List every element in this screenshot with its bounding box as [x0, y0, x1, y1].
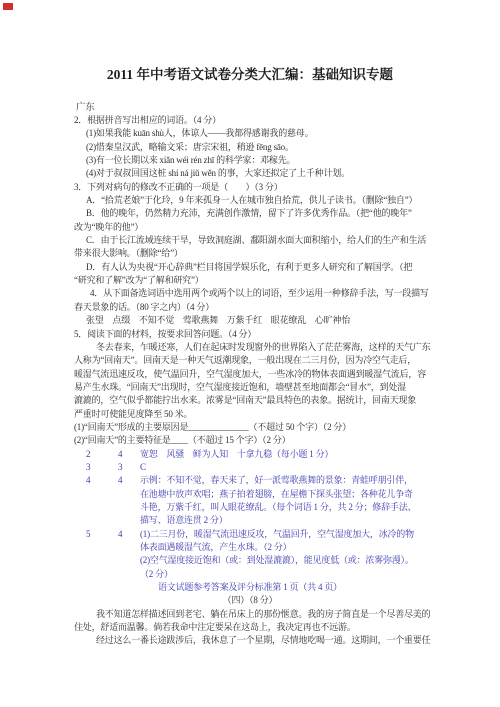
q5-passage-line: 暖湿气流迅速反攻，使气温回升，空气湿度加大，一些冰冷的物体表面遇到暖湿气流后，容: [0, 368, 500, 381]
q3-option-b-line2: 改为“晚年的他”）: [0, 221, 500, 234]
answer-text-continuation: (2)空气湿度接近饱和（或：到处湿漉漉），能见度低（或：浓雾弥漫）。: [0, 554, 500, 567]
page-title: 2011 年中考语文试卷分类大汇编：基础知识专题: [0, 63, 500, 83]
answer-row-q5: 5 4 (1)二三月份，暖湿气流迅速反攻，气温回升，空气湿度加大，冰冷的物: [0, 528, 500, 541]
answer-text-continuation: 斗艳，万紫千红，叫人眼花缭乱。（每个词语 1 分，共 2 分；修辞手法、: [0, 501, 500, 514]
q4-stem-line1: 4．从下面备选词语中选用两个或两个以上的词语，至少运用一种修辞手法，写一段描写: [0, 287, 500, 300]
section-four-paragraph-line: 我不知道怎样描述回到老宅、躺在吊床上的那份惬意。我的房子简直是一个尽善尽美的: [0, 608, 500, 621]
answer-question-number: 2: [86, 448, 90, 461]
q5-passage-line: 冬去春来，乍暖还寒，人们在起床时发现窗外的世界陷入了茫茫雾海，这样的天气广东: [0, 341, 500, 354]
q4-stem-line2: 春天景象的话。（80 字之内）（4 分）: [0, 301, 500, 314]
q2-item-1: (1)如果我能 kuān shù人，体谅人——我都得感谢我的慈母。: [0, 127, 500, 140]
q5-passage-line: 严重时可使能见度降至 50 米。: [0, 408, 500, 421]
answer-row-q3: 3 3 C: [0, 461, 500, 474]
answer-text-continuation: （2 分）: [0, 568, 500, 581]
answer-points: 4: [118, 474, 122, 487]
q3-stem: 3．下列对病句的修改不正确的一项是（ ）（3 分）: [0, 181, 500, 194]
answer-text-continuation: 描写、语意连贯 2 分）: [0, 514, 500, 527]
answer-text-continuation: 体表面遇暖湿气流，产生水珠。（2 分）: [0, 541, 500, 554]
answer-question-number: 5: [86, 528, 90, 541]
answer-text: 示例：不知不觉，春天来了，好一派莺歌燕舞的景象：青蛙呼朋引伴，: [140, 475, 413, 485]
q5-passage-line: 易产生水珠。“回南天”出现时，空气湿度接近饱和，墙壁甚至地面都会“冒水”，到处湿: [0, 381, 500, 394]
q2-item-3: (3)有一位长期以来 xiǎn wéi rén zhī 的科学家：邓稼先。: [0, 154, 500, 167]
answer-text: C: [140, 462, 146, 472]
q3-option-d-line2: “研究和了解”改为“了解和研究”）: [0, 274, 500, 287]
answer-points: 3: [118, 461, 122, 474]
q5-stem: 5．阅读下面的材料，按要求回答问题。（4 分）: [0, 328, 500, 341]
q3-option-a: A．“拾荒老娘”于化玲，9 年来孤身一人在城市独自拾荒，供儿子读书。（删除“独自…: [0, 194, 500, 207]
q3-option-b-line1: B．他的晚年，仍然精力充沛，充满创作激情，留下了许多优秀作品。（把“他的晚年”: [0, 207, 500, 220]
q3-option-c-line1: C．由于长江流域连续干旱，导致洞庭湖、鄱阳湖水面大面积缩小，给人们的生产和生活: [0, 234, 500, 247]
answer-text: (1)二三月份，暖湿气流迅速反攻，气温回升，空气湿度加大，冰冷的物: [140, 529, 414, 539]
q5-sub-question-2: (2)“回南天”的主要特征是____（不超过 15 个字）（2 分）: [0, 434, 500, 447]
answer-points: 4: [118, 528, 122, 541]
q4-word-bank: 张望 点缀 不知不觉 莺歌燕舞 万紫千红 眼花缭乱 心旷神怡: [0, 314, 500, 327]
q5-sub-question-1: (1)“回南天”形成的主要原因是______________（不超过 50 个字…: [0, 421, 500, 434]
document-body: 2．根据拼音写出相应的词语。（4 分） (1)如果我能 kuān shù人，体谅…: [0, 114, 500, 648]
answer-row-q4: 4 4 示例：不知不觉，春天来了，好一派莺歌燕舞的景象：青蛙呼朋引伴，: [0, 474, 500, 487]
answer-points: 4: [118, 448, 122, 461]
q5-passage-line: 人称为“回南天”。回南天是一种天气返潮现象，一般出现在二三月份，因为冷空气走后，: [0, 354, 500, 367]
q2-item-4: (4)对于叔叔回国这桩 shí ná jiǔ wěn 的事，大家还拟定了上千种计…: [0, 167, 500, 180]
q5-passage-line: 漉漉的，空气似乎都能拧出水来。浓雾是“回南天”最具特色的表象。据统计，回南天现象: [0, 394, 500, 407]
answer-key-footer: 语文试题参考答案及评分标准第 1 页（共 4 页）: [0, 581, 500, 594]
q2-stem: 2．根据拼音写出相应的词语。（4 分）: [0, 114, 500, 127]
corner-red-mark: [3, 3, 13, 10]
answer-text: 宽恕 风骚 鲜为人知 十拿九稳（每小题 1 分）: [140, 449, 333, 459]
answer-row-q2: 2 4 宽恕 风骚 鲜为人知 十拿九稳（每小题 1 分）: [0, 448, 500, 461]
answer-question-number: 4: [86, 474, 90, 487]
section-four-paragraph-line: 经过这么一番长途跋涉后，我休息了一个星期，尽情地吃喝一通。这期间，一个重要任: [0, 634, 500, 647]
answer-text-continuation: 在池塘中放声欢唱；燕子拍着翅膀，在屋檐下探头张望；各种花儿争奇: [0, 488, 500, 501]
exam-document-page: 2011 年中考语文试卷分类大汇编：基础知识专题 广东 2．根据拼音写出相应的词…: [0, 0, 500, 707]
q3-option-d-line1: D．有人认为央视“开心辞典”栏目将国学娱乐化，有利于更多人研究和了解国学。（把: [0, 261, 500, 274]
q3-option-c-line2: 带来很大影响。（删除“给”）: [0, 247, 500, 260]
answer-question-number: 3: [86, 461, 90, 474]
section-four-paragraph-line: 住处，舒适而温馨。倘若我命中注定要呆在这岛上，我决定再也不远游。: [0, 621, 500, 634]
region-label: 广东: [76, 99, 95, 113]
section-four-heading: （四）（8 分）: [0, 594, 500, 607]
q2-item-2: (2)惜秦皇汉武，略输文采；唐宗宋祖，稍逊 fēng sāo。: [0, 141, 500, 154]
